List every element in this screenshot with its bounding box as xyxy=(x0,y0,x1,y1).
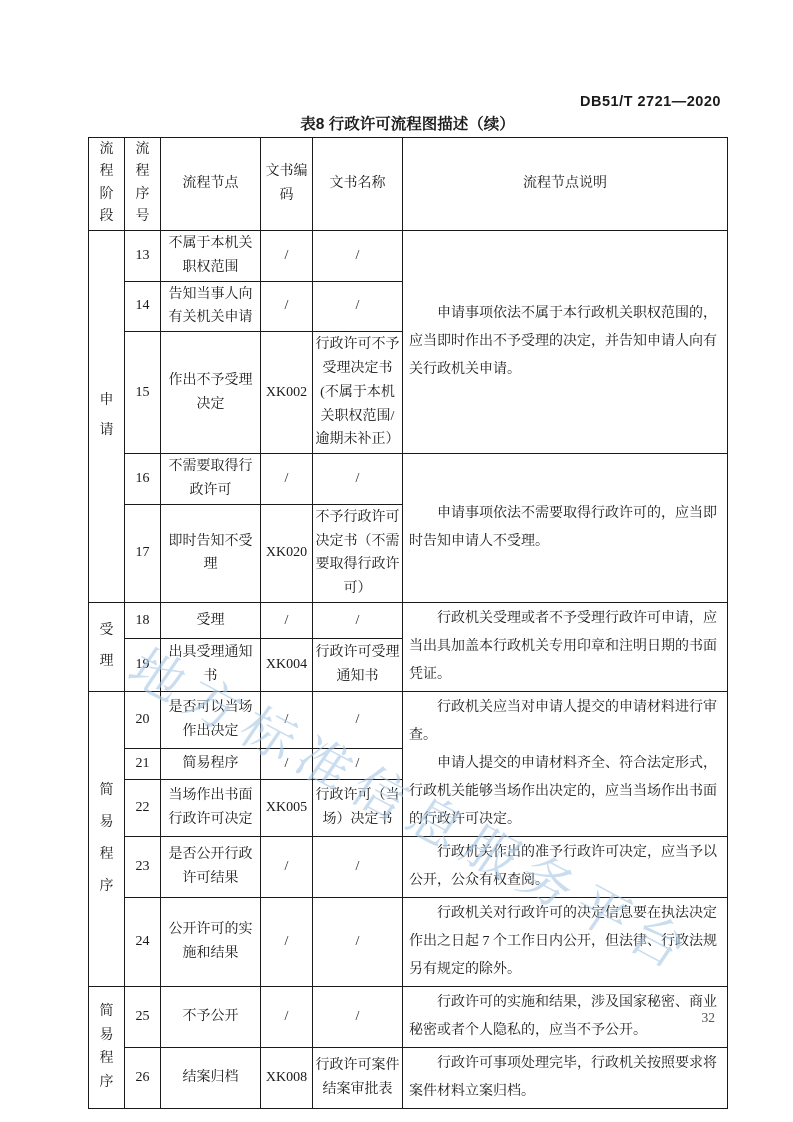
code-cell: / xyxy=(261,897,313,986)
note-cell-18-19: 行政机关受理或者不予受理行政许可申请，应当出具加盖本行政机关专用印章和注明日期的… xyxy=(403,602,728,691)
seq-cell: 23 xyxy=(125,836,161,897)
table-title: 表8 行政许可流程图描述（续） xyxy=(88,112,727,134)
code-cell: / xyxy=(261,230,313,281)
table-header-row: 流程阶段 流程序号 流程节点 文书编码 文书名称 流程节点说明 xyxy=(89,138,728,231)
seq-cell: 19 xyxy=(125,639,161,692)
node-cell: 受理 xyxy=(161,602,261,638)
doc-cell: / xyxy=(313,230,403,281)
doc-cell: / xyxy=(313,749,403,779)
code-cell: XK020 xyxy=(261,504,313,602)
page-number: 32 xyxy=(702,1010,716,1026)
header-cell-seq: 流程序号 xyxy=(125,138,161,231)
header-cell-doc: 文书名称 xyxy=(313,138,403,231)
doc-cell: / xyxy=(313,986,403,1047)
seq-cell: 21 xyxy=(125,749,161,779)
seq-cell: 14 xyxy=(125,281,161,332)
seq-cell: 25 xyxy=(125,986,161,1047)
table-row: 申请 13 不属于本机关职权范围 / / 申请事项依法不属于本行政机关职权范围的… xyxy=(89,230,728,281)
node-cell: 是否可以当场作出决定 xyxy=(161,691,261,748)
code-cell: XK008 xyxy=(261,1047,313,1108)
node-cell: 结案归档 xyxy=(161,1047,261,1108)
code-cell: XK004 xyxy=(261,639,313,692)
table-row: 简易程序 20 是否可以当场作出决定 / / 行政机关应当对申请人提交的申请材料… xyxy=(89,691,728,748)
seq-cell: 22 xyxy=(125,779,161,836)
stage-cell-simple-1: 简易程序 xyxy=(89,691,125,986)
node-cell: 公开许可的实施和结果 xyxy=(161,897,261,986)
node-cell: 告知当事人向有关机关申请 xyxy=(161,281,261,332)
document-page: DB51/T 2721—2020 表8 行政许可流程图描述（续） 流程阶段 流程… xyxy=(0,0,793,1122)
code-cell: / xyxy=(261,836,313,897)
doc-cell: / xyxy=(313,454,403,505)
code-cell: XK005 xyxy=(261,779,313,836)
stage-cell-simple-2: 简易程序 xyxy=(89,986,125,1108)
code-cell: / xyxy=(261,986,313,1047)
code-cell: / xyxy=(261,691,313,748)
seq-cell: 20 xyxy=(125,691,161,748)
seq-cell: 13 xyxy=(125,230,161,281)
node-cell: 不予公开 xyxy=(161,986,261,1047)
table-row: 26 结案归档 XK008 行政许可案件结案审批表 行政许可事项处理完毕，行政机… xyxy=(89,1047,728,1108)
seq-cell: 15 xyxy=(125,332,161,454)
code-cell: / xyxy=(261,749,313,779)
header-cell-code: 文书编码 xyxy=(261,138,313,231)
stage-cell-accept: 受理 xyxy=(89,602,125,691)
header-cell-stage: 流程阶段 xyxy=(89,138,125,231)
table-row: 16 不需要取得行政许可 / / 申请事项依法不需要取得行政许可的，应当即时告知… xyxy=(89,454,728,505)
node-cell: 作出不予受理决定 xyxy=(161,332,261,454)
doc-cell: / xyxy=(313,602,403,638)
doc-cell: 行政许可不予受理决定书(不属于本机关职权范围/逾期未补正） xyxy=(313,332,403,454)
note-cell-23: 行政机关作出的准予行政许可决定，应当予以公开，公众有权查阅。 xyxy=(403,836,728,897)
table-row: 简易程序 25 不予公开 / / 行政许可的实施和结果，涉及国家秘密、商业秘密或… xyxy=(89,986,728,1047)
standard-code: DB51/T 2721—2020 xyxy=(580,94,721,110)
header-cell-note: 流程节点说明 xyxy=(403,138,728,231)
code-cell: / xyxy=(261,281,313,332)
table-row: 24 公开许可的实施和结果 / / 行政机关对行政许可的决定信息要在执法决定作出… xyxy=(89,897,728,986)
note-cell-13-15: 申请事项依法不属于本行政机关职权范围的，应当即时作出不予受理的决定，并告知申请人… xyxy=(403,230,728,453)
doc-cell: 行政许可案件结案审批表 xyxy=(313,1047,403,1108)
code-cell: / xyxy=(261,602,313,638)
process-table: 流程阶段 流程序号 流程节点 文书编码 文书名称 流程节点说明 申请 13 不属… xyxy=(88,137,728,1109)
code-cell: / xyxy=(261,454,313,505)
doc-cell: / xyxy=(313,281,403,332)
doc-cell: 行政许可（当场）决定书 xyxy=(313,779,403,836)
note-cell-25: 行政许可的实施和结果，涉及国家秘密、商业秘密或者个人隐私的，应当不予公开。 xyxy=(403,986,728,1047)
seq-cell: 17 xyxy=(125,504,161,602)
seq-cell: 18 xyxy=(125,602,161,638)
table-row: 受理 18 受理 / / 行政机关受理或者不予受理行政许可申请，应当出具加盖本行… xyxy=(89,602,728,638)
doc-cell: / xyxy=(313,691,403,748)
header-cell-node: 流程节点 xyxy=(161,138,261,231)
doc-cell: 不予行政许可决定书（不需要取得行政许可） xyxy=(313,504,403,602)
table-row: 23 是否公开行政许可结果 / / 行政机关作出的准予行政许可决定，应当予以公开… xyxy=(89,836,728,897)
node-cell: 简易程序 xyxy=(161,749,261,779)
node-cell: 不属于本机关职权范围 xyxy=(161,230,261,281)
doc-cell: / xyxy=(313,836,403,897)
note-cell-24: 行政机关对行政许可的决定信息要在执法决定作出之日起 7 个工作日内公开，但法律、… xyxy=(403,897,728,986)
seq-cell: 24 xyxy=(125,897,161,986)
doc-cell: / xyxy=(313,897,403,986)
note-cell-16-17: 申请事项依法不需要取得行政许可的，应当即时告知申请人不受理。 xyxy=(403,454,728,603)
note-cell-20-22: 行政机关应当对申请人提交的申请材料进行审查。 申请人提交的申请材料齐全、符合法定… xyxy=(403,691,728,836)
seq-cell: 26 xyxy=(125,1047,161,1108)
node-cell: 不需要取得行政许可 xyxy=(161,454,261,505)
note-cell-26: 行政许可事项处理完毕，行政机关按照要求将案件材料立案归档。 xyxy=(403,1047,728,1108)
seq-cell: 16 xyxy=(125,454,161,505)
node-cell: 出具受理通知书 xyxy=(161,639,261,692)
doc-cell: 行政许可受理通知书 xyxy=(313,639,403,692)
node-cell: 当场作出书面行政许可决定 xyxy=(161,779,261,836)
node-cell: 即时告知不受理 xyxy=(161,504,261,602)
stage-cell-apply: 申请 xyxy=(89,230,125,602)
node-cell: 是否公开行政许可结果 xyxy=(161,836,261,897)
code-cell: XK002 xyxy=(261,332,313,454)
